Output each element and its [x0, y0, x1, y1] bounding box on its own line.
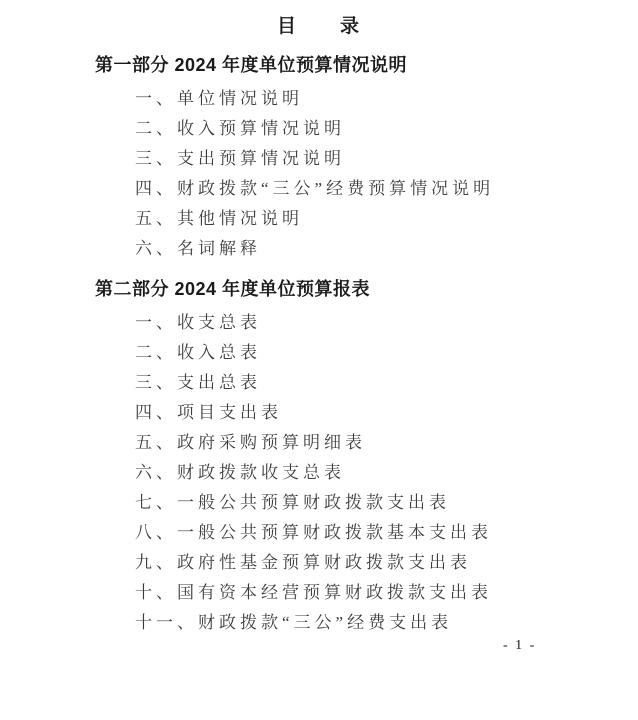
toc-section-budget-tables: 第二部分 2024 年度单位预算报表 一、收支总表 二、收入总表 三、支出总表 … — [0, 276, 638, 638]
toc-item: 五、其他情况说明 — [135, 204, 638, 234]
toc-section-budget-explanation: 第一部分 2024 年度单位预算情况说明 一、单位情况说明 二、收入预算情况说明… — [0, 52, 638, 264]
toc-page: 目 录 第一部分 2024 年度单位预算情况说明 一、单位情况说明 二、收入预算… — [0, 0, 638, 720]
toc-item: 五、政府采购预算明细表 — [135, 428, 638, 458]
toc-item: 四、财政拨款“三公”经费预算情况说明 — [135, 174, 638, 204]
toc-item: 四、项目支出表 — [135, 398, 638, 428]
toc-item: 六、名词解释 — [135, 234, 638, 264]
toc-item: 十、国有资本经营预算财政拨款支出表 — [135, 578, 638, 608]
toc-item: 六、财政拨款收支总表 — [135, 458, 638, 488]
page-title: 目 录 — [0, 0, 638, 40]
section-heading: 第二部分 2024 年度单位预算报表 — [95, 276, 638, 302]
toc-item: 三、支出总表 — [135, 368, 638, 398]
toc-item: 八、一般公共预算财政拨款基本支出表 — [135, 518, 638, 548]
toc-item: 一、单位情况说明 — [135, 84, 638, 114]
toc-item: 二、收入总表 — [135, 338, 638, 368]
page-number: - 1 - — [503, 638, 536, 654]
toc-item: 三、支出预算情况说明 — [135, 144, 638, 174]
toc-item: 九、政府性基金预算财政拨款支出表 — [135, 548, 638, 578]
toc-item: 十一、财政拨款“三公”经费支出表 — [135, 608, 638, 638]
toc-item: 二、收入预算情况说明 — [135, 114, 638, 144]
section-heading: 第一部分 2024 年度单位预算情况说明 — [95, 52, 638, 78]
toc-item: 一、收支总表 — [135, 308, 638, 338]
toc-item: 七、一般公共预算财政拨款支出表 — [135, 488, 638, 518]
